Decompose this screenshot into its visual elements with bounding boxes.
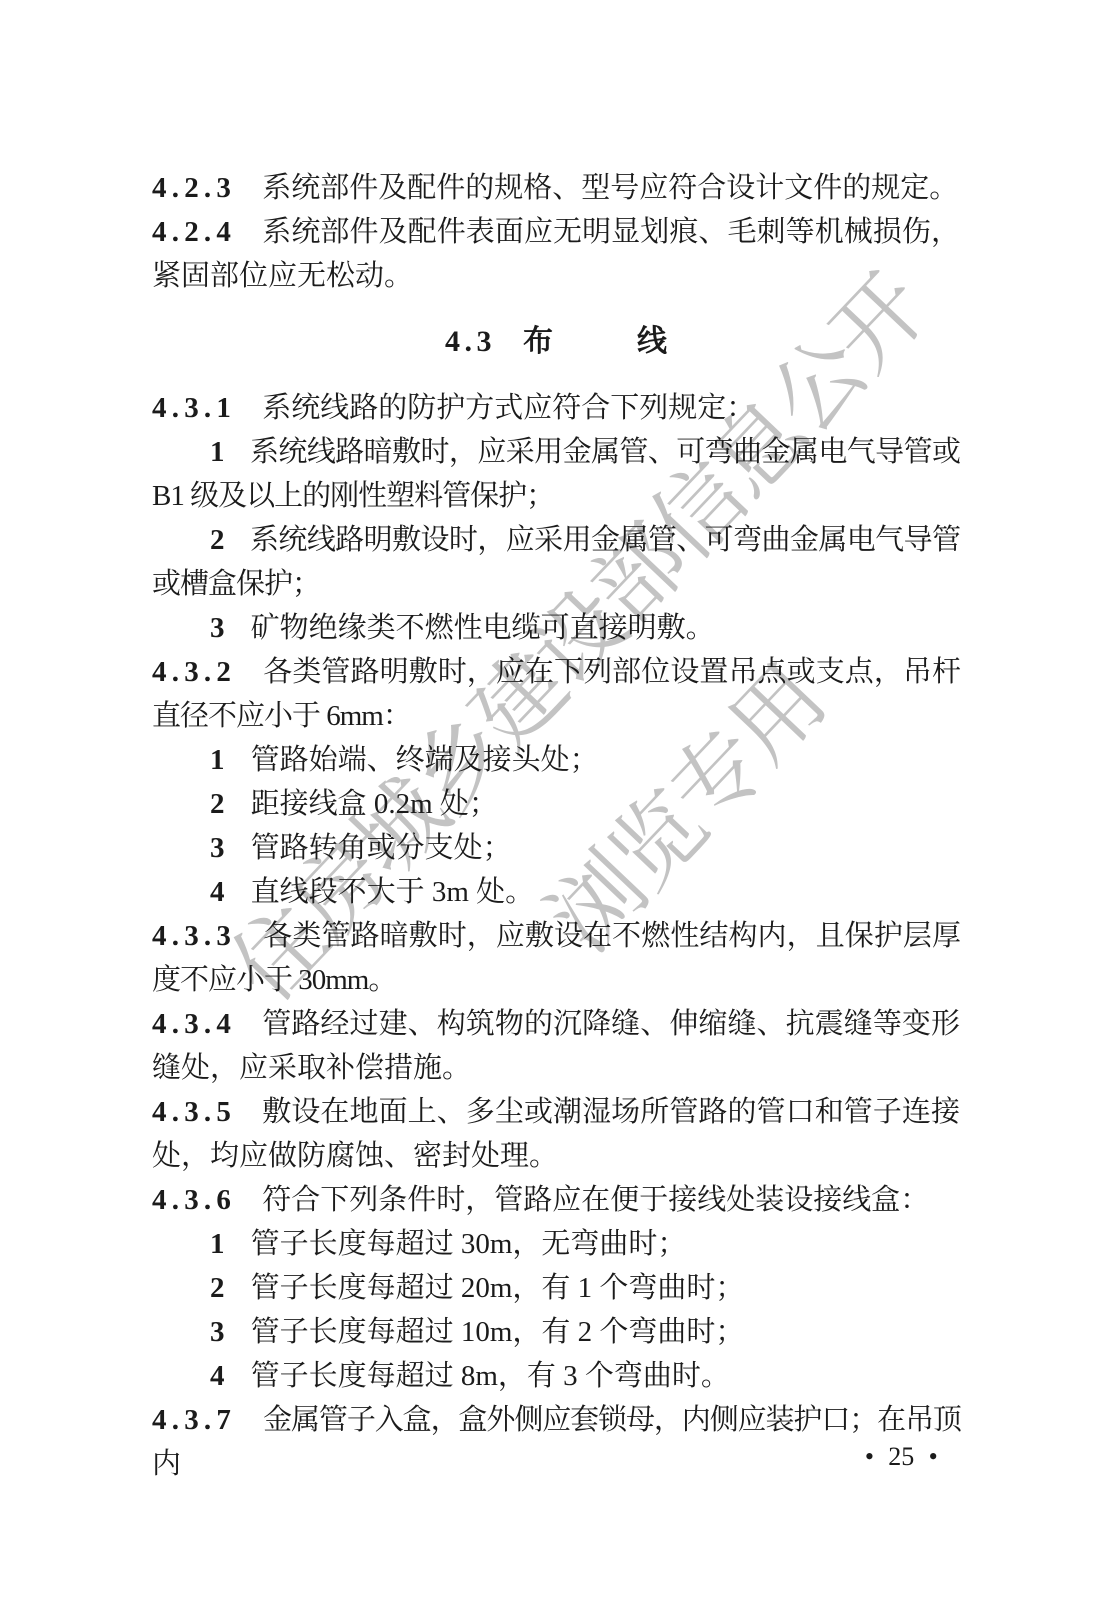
clause-number: 4.3.1	[152, 392, 236, 424]
list-item: 3管路转角或分支处；	[152, 826, 960, 870]
item-text: 直线段不大于 3m 处。	[251, 876, 535, 908]
item-number: 1	[210, 436, 224, 468]
clause-text: 系统部件及配件表面应无明显划痕、毛刺等机械损伤，紧固部位应无松动。	[152, 216, 960, 292]
item-number: 4	[210, 876, 225, 908]
clause-text: 符合下列条件时，管路应在便于接线处装设接线盒：	[262, 1184, 929, 1216]
item-number: 1	[210, 744, 225, 776]
item-number: 4	[210, 1360, 225, 1392]
item-number: 2	[210, 1272, 225, 1304]
item-text: 矿物绝缘类不燃性电缆可直接明敷。	[251, 612, 715, 644]
item-text: 管子长度每超过 8m，有 3 个弯曲时。	[251, 1360, 730, 1392]
list-item: 4直线段不大于 3m 处。	[152, 870, 960, 914]
clause-number: 4.3.2	[152, 656, 236, 688]
footer-left-dot: •	[865, 1440, 874, 1474]
list-item: 3管子长度每超过 10m，有 2 个弯曲时；	[152, 1310, 960, 1354]
list-item: 2管子长度每超过 20m，有 1 个弯曲时；	[152, 1266, 960, 1310]
document-body: 4.2.3系统部件及配件的规格、型号应符合设计文件的规定。 4.2.4系统部件及…	[152, 166, 960, 1486]
item-number: 2	[210, 524, 224, 556]
clause-number: 4.3.5	[152, 1096, 236, 1128]
clause-paragraph: 4.3.4管路经过建、构筑物的沉降缝、伸缩缝、抗震缝等变形缝处，应采取补偿措施。	[152, 1002, 960, 1090]
item-text: 管子长度每超过 30m，无弯曲时；	[251, 1228, 687, 1260]
footer-right-dot: •	[929, 1440, 938, 1474]
item-number: 3	[210, 832, 225, 864]
clause-text: 各类管路明敷时，应在下列部位设置吊点或支点，吊杆直径不应小于 6mm：	[152, 656, 960, 732]
clause-text: 系统部件及配件的规格、型号应符合设计文件的规定。	[262, 172, 958, 204]
clause-number: 4.3.3	[152, 920, 236, 952]
list-item: 3矿物绝缘类不燃性电缆可直接明敷。	[152, 606, 960, 650]
clause-paragraph: 4.3.6符合下列条件时，管路应在便于接线处装设接线盒：	[152, 1178, 960, 1222]
list-item: 1系统线路暗敷时，应采用金属管、可弯曲金属电气导管或B1 级及以上的刚性塑料管保…	[152, 430, 960, 518]
item-number: 1	[210, 1228, 225, 1260]
clause-text: 敷设在地面上、多尘或潮湿场所管路的管口和管子连接处，均应做防腐蚀、密封处理。	[152, 1096, 960, 1172]
clause-text: 管路经过建、构筑物的沉降缝、伸缩缝、抗震缝等变形缝处，应采取补偿措施。	[152, 1008, 960, 1084]
clause-number: 4.3.7	[152, 1404, 236, 1436]
clause-number: 4.2.3	[152, 172, 236, 204]
item-text: 管子长度每超过 10m，有 2 个弯曲时；	[251, 1316, 745, 1348]
clause-paragraph: 4.3.1系统线路的防护方式应符合下列规定：	[152, 386, 960, 430]
section-heading-number: 4.3	[445, 325, 496, 358]
list-item: 4管子长度每超过 8m，有 3 个弯曲时。	[152, 1354, 960, 1398]
item-number: 2	[210, 788, 225, 820]
section-heading: 4.3布线	[152, 320, 960, 364]
clause-number: 4.3.6	[152, 1184, 236, 1216]
item-text: 管路转角或分支处；	[251, 832, 512, 864]
clause-text: 系统线路的防护方式应符合下列规定：	[262, 392, 755, 424]
clause-paragraph: 4.2.3系统部件及配件的规格、型号应符合设计文件的规定。	[152, 166, 960, 210]
list-item: 1管子长度每超过 30m，无弯曲时；	[152, 1222, 960, 1266]
list-item: 2系统线路明敷设时，应采用金属管、可弯曲金属电气导管或槽盒保护；	[152, 518, 960, 606]
list-item: 1管路始端、终端及接头处；	[152, 738, 960, 782]
section-heading-title: 布线	[523, 325, 751, 358]
clause-paragraph: 4.3.5敷设在地面上、多尘或潮湿场所管路的管口和管子连接处，均应做防腐蚀、密封…	[152, 1090, 960, 1178]
clause-paragraph: 4.2.4系统部件及配件表面应无明显划痕、毛刺等机械损伤，紧固部位应无松动。	[152, 210, 960, 298]
page-footer: •25•	[152, 1440, 952, 1474]
page-number: 25	[888, 1442, 914, 1471]
clause-paragraph: 4.3.2各类管路明敷时，应在下列部位设置吊点或支点，吊杆直径不应小于 6mm：	[152, 650, 960, 738]
item-text: 距接线盒 0.2m 处；	[251, 788, 498, 820]
clause-number: 4.2.4	[152, 216, 236, 248]
document-page: 住房城乡建设部信息公开 浏览专用 4.2.3系统部件及配件的规格、型号应符合设计…	[0, 0, 1102, 1597]
item-text: 系统线路暗敷时，应采用金属管、可弯曲金属电气导管或B1 级及以上的刚性塑料管保护…	[152, 436, 960, 512]
clause-paragraph: 4.3.3各类管路暗敷时，应敷设在不燃性结构内，且保护层厚度不应小于 30mm。	[152, 914, 960, 1002]
item-number: 3	[210, 1316, 225, 1348]
item-number: 3	[210, 612, 225, 644]
item-text: 管路始端、终端及接头处；	[251, 744, 599, 776]
list-item: 2距接线盒 0.2m 处；	[152, 782, 960, 826]
clause-number: 4.3.4	[152, 1008, 236, 1040]
clause-text: 各类管路暗敷时，应敷设在不燃性结构内，且保护层厚度不应小于 30mm。	[152, 920, 960, 996]
item-text: 管子长度每超过 20m，有 1 个弯曲时；	[251, 1272, 745, 1304]
item-text: 系统线路明敷设时，应采用金属管、可弯曲金属电气导管或槽盒保护；	[152, 524, 960, 600]
